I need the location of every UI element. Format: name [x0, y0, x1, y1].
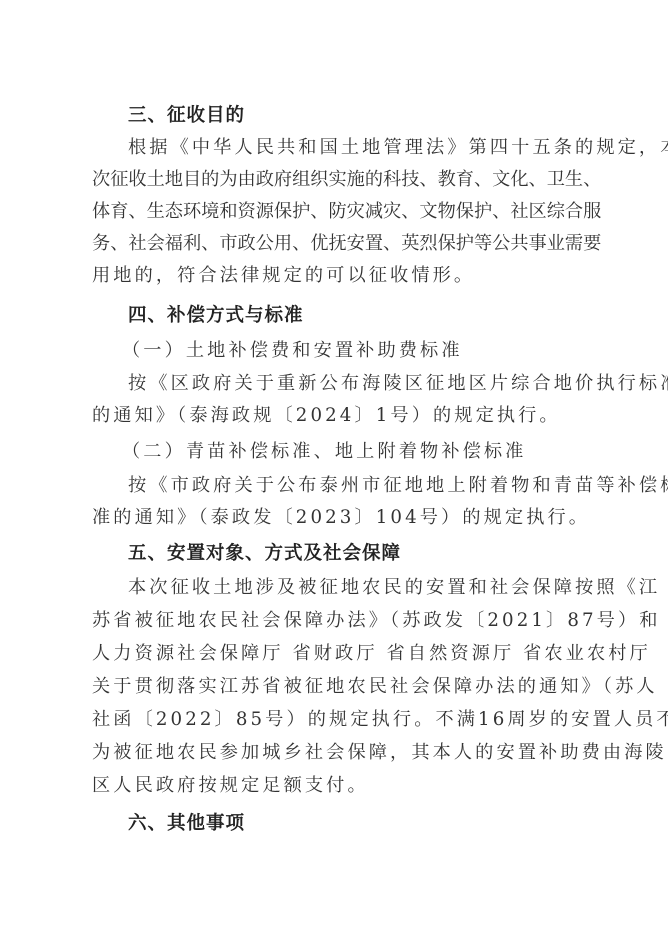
subsection-heading-land-compensation: （一）土地补偿费和安置补助费标准	[92, 335, 617, 367]
paragraph-line: 务、社会福利、市政公用、优抚安置、英烈保护等公共事业需要	[92, 228, 587, 260]
paragraph-line: 体育、生态环境和资源保护、防灾减灾、文物保护、社区综合服	[92, 196, 587, 228]
section-heading-compensation: 四、补偿方式与标准	[92, 300, 623, 332]
section-heading-resettlement: 五、安置对象、方式及社会保障	[92, 538, 623, 570]
paragraph-line: 按《市政府关于公布泰州市征地地上附着物和青苗等补偿标	[92, 470, 623, 502]
paragraph-line: 按《区政府关于重新公布海陵区征地区片综合地价执行标准	[92, 368, 623, 400]
paragraph-line: 本次征收土地涉及被征地农民的安置和社会保障按照《江	[92, 572, 623, 604]
paragraph-line: 为被征地农民参加城乡社会保障，其本人的安置补助费由海陵	[92, 737, 587, 769]
subsection-heading-crops-compensation: （二）青苗补偿标准、地上附着物补偿标准	[92, 436, 617, 468]
section-heading-other-matters: 六、其他事项	[92, 808, 623, 840]
paragraph-line: 用地的，符合法律规定的可以征收情形。	[92, 260, 587, 292]
section-heading-purpose: 三、征收目的	[92, 100, 623, 132]
paragraph-line: 人力资源社会保障厅 省财政厅 省自然资源厅 省农业农村厅	[92, 638, 587, 670]
paragraph-line: 社函〔2022〕85号）的规定执行。不满16周岁的安置人员不作	[92, 704, 587, 736]
paragraph-line: 根据《中华人民共和国土地管理法》第四十五条的规定，本	[92, 132, 623, 164]
paragraph-line: 苏省被征地农民社会保障办法》（苏政发〔2021〕87号）和《省	[92, 605, 587, 637]
paragraph-line: 准的通知》（泰政发〔2023〕104号）的规定执行。	[92, 502, 587, 534]
paragraph-line: 次征收土地目的为由政府组织实施的科技、教育、文化、卫生、	[92, 164, 587, 196]
paragraph-line: 关于贯彻落实江苏省被征地农民社会保障办法的通知》（苏人	[92, 671, 587, 703]
paragraph-line: 区人民政府按规定足额支付。	[92, 770, 587, 802]
paragraph-line: 的通知》（泰海政规〔2024〕1号）的规定执行。	[92, 400, 587, 432]
